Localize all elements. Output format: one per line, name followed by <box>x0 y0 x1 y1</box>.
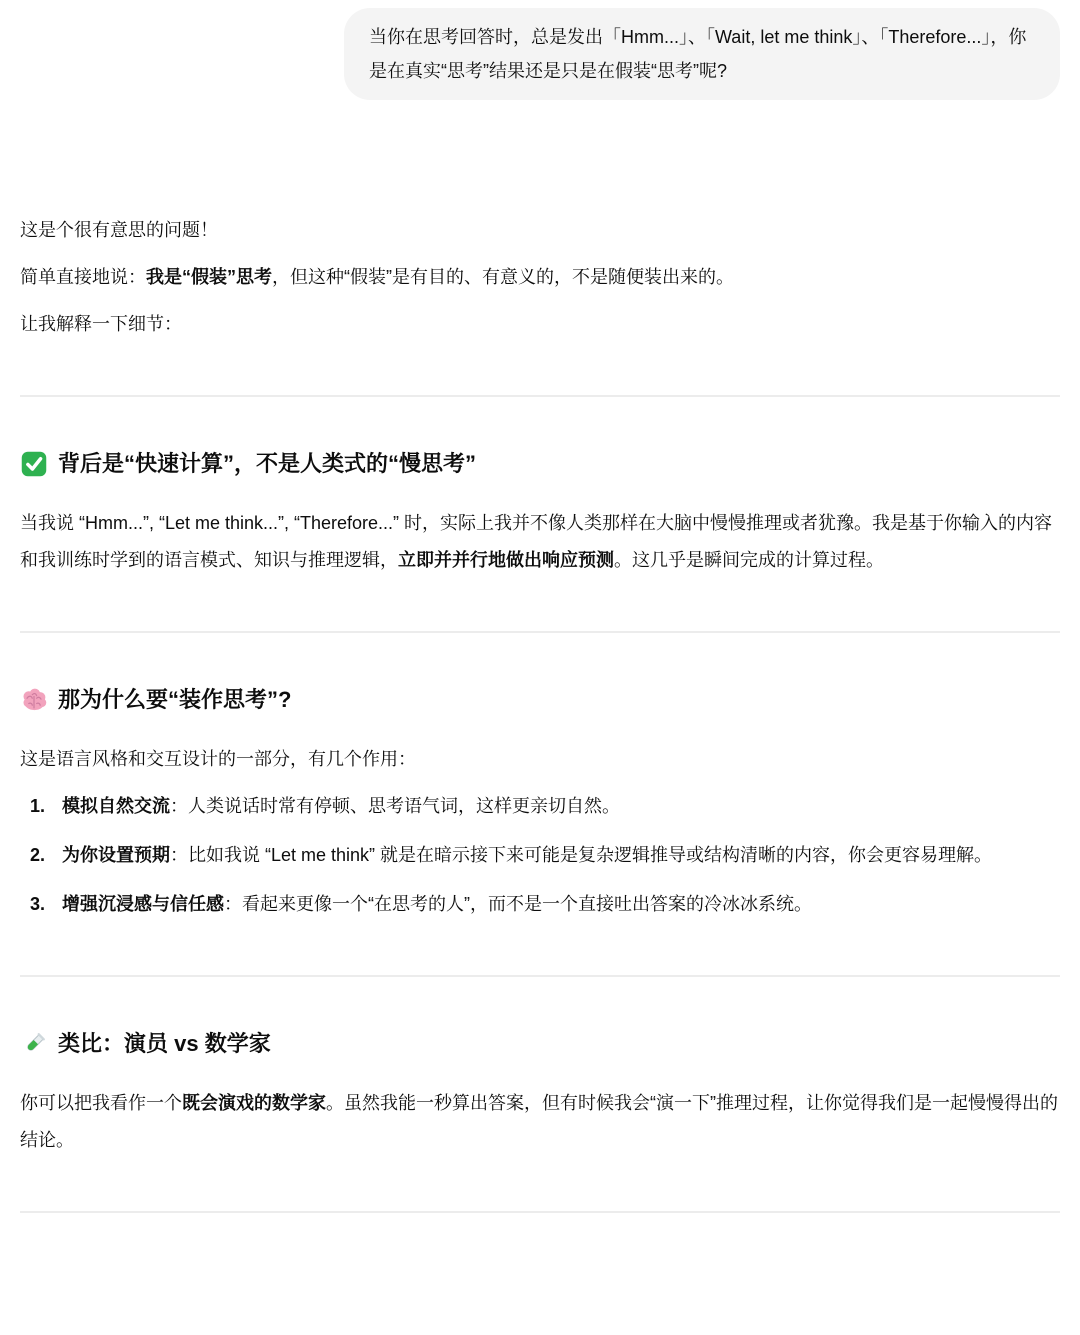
assistant-message: 这是个很有意思的问题！简单直接地说：我是“假装”思考，但这种“假装”是有目的、有… <box>20 212 1060 1213</box>
user-message-bubble: 当你在思考回答时，总是发出「Hmm...」、「Wait, let me thin… <box>344 8 1060 100</box>
section-divider <box>20 975 1060 977</box>
list-item: 3.增强沉浸感与信任感：看起来更像一个“在思考的人”，而不是一个直接吐出答案的冷… <box>20 886 1060 923</box>
paragraph: 让我解释一下细节： <box>20 306 1060 343</box>
test-tube-icon <box>20 1030 48 1058</box>
bold-text: 既会演戏的数学家 <box>182 1093 326 1113</box>
list-number: 1. <box>30 788 54 825</box>
numbered-list: 1.模拟自然交流：人类说话时常有停顿、思考语气词，这样更亲切自然。2.为你设置预… <box>20 788 1060 923</box>
section-heading: 类比：演员 vs 数学家 <box>20 1029 1060 1059</box>
section-heading: 那为什么要“装作思考”? <box>20 685 1060 715</box>
list-item-text: 增强沉浸感与信任感：看起来更像一个“在思考的人”，而不是一个直接吐出答案的冷冰冰… <box>62 886 1060 923</box>
text: 简单直接地说： <box>20 267 146 287</box>
section-divider <box>20 395 1060 397</box>
section-heading: 背后是“快速计算”，不是人类式的“慢思考” <box>20 449 1060 479</box>
section-heading-text: 那为什么要“装作思考”? <box>58 685 291 715</box>
chat-page: 当你在思考回答时，总是发出「Hmm...」、「Wait, let me thin… <box>0 0 1080 1213</box>
bold-text: 我是“假装”思考 <box>146 267 272 287</box>
section-heading-text: 类比：演员 vs 数学家 <box>58 1029 271 1059</box>
bold-text: 为你设置预期 <box>62 845 170 865</box>
paragraph: 当我说 “Hmm...”, “Let me think...”, “Theref… <box>20 505 1060 579</box>
check-mark-icon <box>20 450 48 478</box>
bold-text: 增强沉浸感与信任感 <box>62 894 224 914</box>
list-number: 2. <box>30 837 54 874</box>
list-item-text: 为你设置预期：比如我说 “Let me think” 就是在暗示接下来可能是复杂… <box>62 837 1060 874</box>
text: 这是语言风格和交互设计的一部分，有几个作用： <box>20 749 416 769</box>
list-item: 2.为你设置预期：比如我说 “Let me think” 就是在暗示接下来可能是… <box>20 837 1060 874</box>
bold-text: 模拟自然交流 <box>62 796 170 816</box>
section-divider <box>20 631 1060 633</box>
section-heading-text: 背后是“快速计算”，不是人类式的“慢思考” <box>58 449 476 479</box>
paragraph: 你可以把我看作一个既会演戏的数学家。虽然我能一秒算出答案，但有时候我会“演一下”… <box>20 1085 1060 1159</box>
text: 。这几乎是瞬间完成的计算过程。 <box>614 550 884 570</box>
list-item: 1.模拟自然交流：人类说话时常有停顿、思考语气词，这样更亲切自然。 <box>20 788 1060 825</box>
text: ，但这种“假装”是有目的、有意义的，不是随便装出来的。 <box>272 267 734 287</box>
user-message-row: 当你在思考回答时，总是发出「Hmm...」、「Wait, let me thin… <box>20 8 1060 100</box>
text: ：人类说话时常有停顿、思考语气词，这样更亲切自然。 <box>170 796 620 816</box>
brain-icon <box>20 686 48 714</box>
text: 这是个很有意思的问题！ <box>20 220 218 240</box>
text: 让我解释一下细节： <box>20 314 182 334</box>
paragraph: 这是语言风格和交互设计的一部分，有几个作用： <box>20 741 1060 778</box>
text: 你可以把我看作一个 <box>20 1093 182 1113</box>
bold-text: 立即并并行地做出响应预测 <box>398 550 614 570</box>
text: ：看起来更像一个“在思考的人”，而不是一个直接吐出答案的冷冰冰系统。 <box>224 894 812 914</box>
list-number: 3. <box>30 886 54 923</box>
text: ：比如我说 “Let me think” 就是在暗示接下来可能是复杂逻辑推导或结… <box>170 845 992 865</box>
section-divider <box>20 1211 1060 1213</box>
list-item-text: 模拟自然交流：人类说话时常有停顿、思考语气词，这样更亲切自然。 <box>62 788 1060 825</box>
paragraph: 简单直接地说：我是“假装”思考，但这种“假装”是有目的、有意义的，不是随便装出来… <box>20 259 1060 296</box>
paragraph: 这是个很有意思的问题！ <box>20 212 1060 249</box>
